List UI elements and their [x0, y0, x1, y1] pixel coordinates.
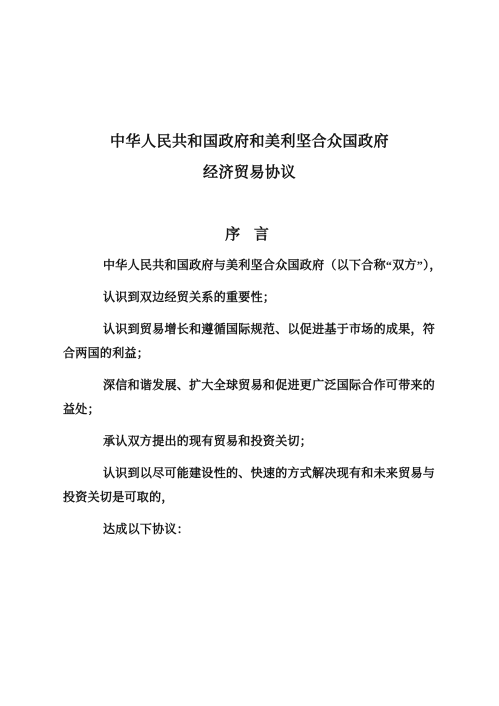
preamble-paragraph: 中华人民共和国政府与美利坚合众国政府（以下合称“双方”）， [63, 253, 463, 277]
preamble-paragraph: 达成以下协议： [63, 517, 463, 541]
preamble-paragraph: 承认双方提出的现有贸易和投资关切； [63, 429, 463, 453]
preamble-paragraph: 深信和谐发展、扩大全球贸易和促进更广泛国际合作可带来的 益处； [63, 373, 463, 421]
preamble-paragraph: 认识到贸易增长和遵循国际规范、以促进基于市场的成果，符 合两国的利益； [63, 317, 463, 365]
document-title-line2: 经济贸易协议 [0, 158, 499, 189]
preamble-paragraph: 认识到以尽可能建设性的、快速的方式解决现有和未来贸易与 投资关切是可取的， [63, 461, 463, 509]
document-title-line1: 中华人民共和国政府和美利坚合众国政府 [0, 127, 499, 158]
document-title: 中华人民共和国政府和美利坚合众国政府 经济贸易协议 [0, 127, 499, 189]
section-heading-preface: 序 言 [0, 224, 499, 246]
preamble-paragraph: 认识到双边经贸关系的重要性； [63, 285, 463, 309]
preamble: 中华人民共和国政府与美利坚合众国政府（以下合称“双方”），认识到双边经贸关系的重… [63, 253, 463, 549]
document-page: 中华人民共和国政府和美利坚合众国政府 经济贸易协议 序 言 中华人民共和国政府与… [0, 0, 499, 706]
